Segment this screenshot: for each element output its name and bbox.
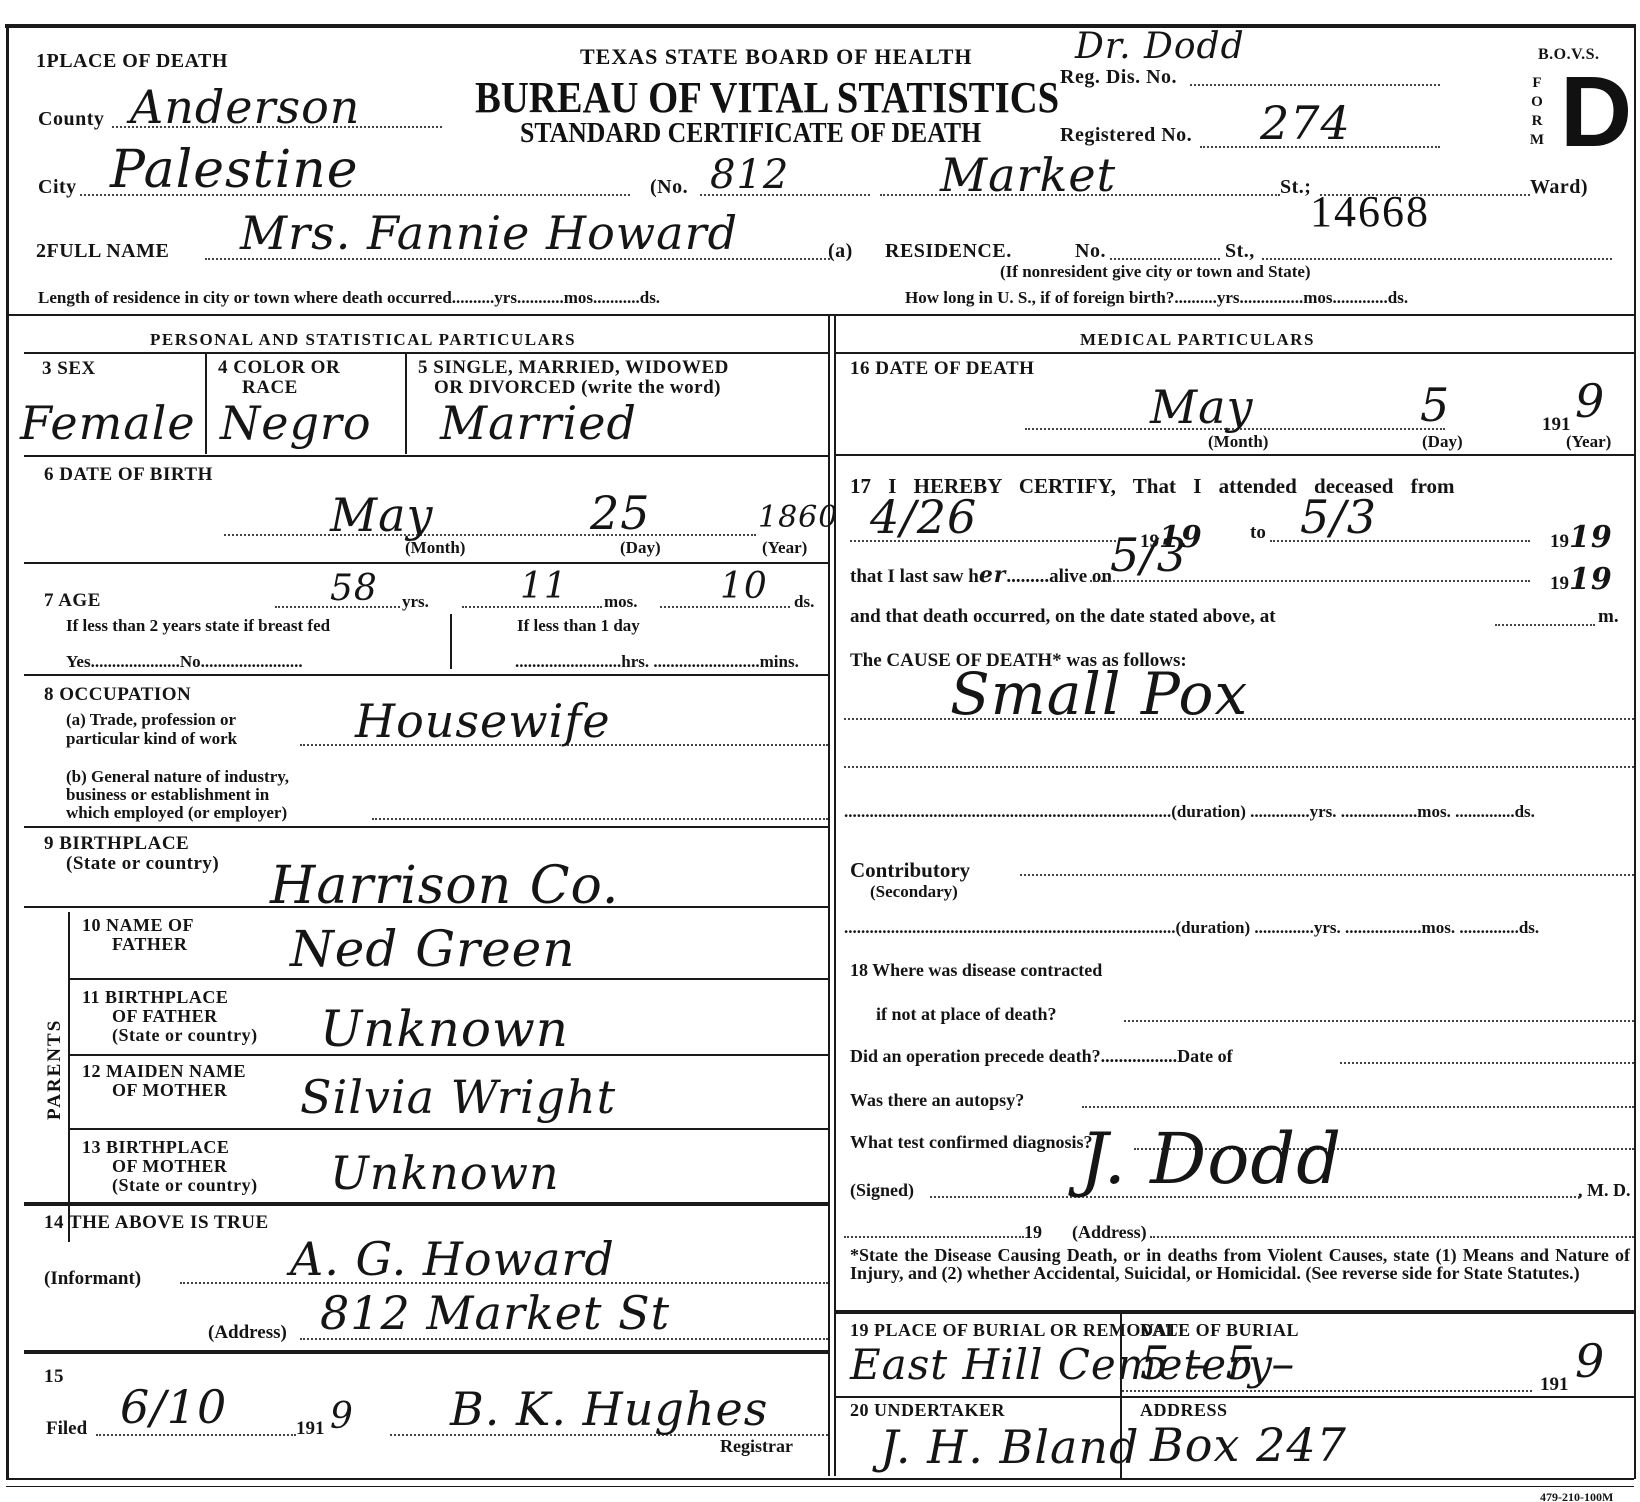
parents-label: PARENTS (44, 1019, 66, 1120)
contracted-label: 18 Where was disease contracted (850, 960, 1102, 981)
agency-name: TEXAS STATE BOARD OF HEALTH (580, 44, 973, 70)
contracted-field[interactable] (1124, 1020, 1634, 1022)
signed-label: (Signed) (850, 1180, 914, 1201)
filed-year-suffix: 9 (330, 1396, 354, 1437)
length-residence-label: Length of residence in city or town wher… (38, 288, 660, 308)
death-time-field[interactable] (1495, 624, 1595, 626)
cause-footnote: *State the Disease Causing Death, or in … (850, 1246, 1630, 1282)
date-of-death-label: 16 DATE OF DEATH (850, 358, 1034, 380)
breast-fed-yes: Yes.....................No..............… (66, 652, 303, 672)
center-divider-2 (834, 316, 836, 1476)
bottom-border (6, 1478, 1634, 1480)
burial-date-field[interactable] (1122, 1390, 1532, 1392)
registered-no-value: 274 (1260, 96, 1351, 150)
dod-day-caption: (Day) (1422, 432, 1463, 452)
informant-label: (Informant) (44, 1268, 141, 1290)
mother-name-label: 12 MAIDEN NAME OF MOTHER (82, 1062, 246, 1100)
signature-year: 19 (1024, 1222, 1042, 1243)
contributory-label: Contributory (850, 858, 970, 883)
burial-year-suffix: 9 (1575, 1334, 1605, 1388)
cause-of-death-value: Small Pox (950, 660, 1248, 728)
undertaker-label: 20 UNDERTAKER (850, 1400, 1005, 1421)
marital-value: Married (440, 396, 637, 450)
father-name-label: 10 NAME OF FATHER (82, 916, 194, 954)
header-divider (6, 314, 1634, 316)
contributory-field[interactable] (1020, 874, 1634, 876)
city-value: Palestine (110, 140, 359, 200)
age-label: 7 AGE (44, 590, 101, 612)
father-name-value: Ned Green (290, 920, 575, 978)
top-border (5, 24, 1635, 28)
dod-month: May (1150, 380, 1254, 434)
form-code: D (1560, 62, 1632, 162)
attended-to: 5/3 (1300, 490, 1377, 544)
cause-duration: ........................................… (844, 802, 1535, 822)
form-vertical-label: F O R M (1528, 74, 1546, 150)
race-value: Negro (220, 396, 372, 450)
residence-no-label: No. (1075, 240, 1106, 263)
street-no-value: 812 (710, 152, 789, 198)
personal-title-line (24, 352, 828, 354)
physician-signature: J. Dodd (1080, 1118, 1342, 1200)
death-certificate: 1PLACE OF DEATH TEXAS STATE BOARD OF HEA… (0, 0, 1640, 1502)
dob-year-caption: (Year) (762, 538, 807, 558)
foreign-birth-label: How long in U. S., if of foreign birth?.… (905, 288, 1408, 308)
occupation-a-value: Housewife (355, 694, 611, 748)
mother-birthplace-value: Unknown (330, 1146, 560, 1200)
age-yrs-label: yrs. (402, 592, 429, 612)
print-code: 479-210-100M (1540, 1490, 1613, 1502)
age-days: 10 (720, 566, 768, 607)
filed-label: Filed (46, 1418, 87, 1440)
informant-value: A. G. Howard (290, 1232, 615, 1286)
signature-address-field[interactable] (1150, 1236, 1634, 1238)
stamp-number: 14668 (1310, 186, 1430, 237)
marital-label: 5 SINGLE, MARRIED, WIDOWED OR DIVORCED (… (418, 358, 729, 398)
informant-address-label: (Address) (208, 1322, 287, 1344)
dob-year: 1860 (758, 500, 838, 535)
bureau-title: BUREAU OF VITAL STATISTICS (475, 72, 1059, 123)
full-name-value: Mrs. Fannie Howard (240, 206, 738, 260)
street-no-label: (No. (650, 176, 688, 199)
residence-label: RESIDENCE. (885, 240, 1012, 263)
full-name-label: 2FULL NAME (36, 240, 169, 263)
contributory-duration: ........................................… (844, 918, 1539, 938)
county-label: County (38, 108, 104, 131)
filed-date-field[interactable] (96, 1434, 296, 1436)
informant-address-value: 812 Market St (320, 1286, 670, 1340)
occupation-b-field[interactable] (372, 818, 828, 820)
less-day-label: If less than 1 day (517, 616, 640, 636)
secondary-label: (Secondary) (870, 882, 958, 902)
autopsy-field[interactable] (1082, 1106, 1634, 1108)
attended-from: 4/26 (870, 490, 977, 544)
burial-date-value: 5 – 5 – (1140, 1336, 1295, 1390)
age-mos-label: mos. (604, 592, 638, 612)
above-is-true-label: 14 THE ABOVE IS TRUE (44, 1212, 269, 1234)
last-saw-year: 1919 (1550, 562, 1613, 597)
registered-no-label: Registered No. (1060, 124, 1192, 147)
filed-year-prefix: 191 (296, 1418, 325, 1440)
right-border (1634, 24, 1636, 1479)
mother-birthplace-label: 13 BIRTHPLACE OF MOTHER (State or countr… (82, 1138, 258, 1195)
occupation-a-label: (a) Trade, profession or particular kind… (66, 710, 237, 748)
race-label: 4 COLOR OR RACE (218, 358, 340, 398)
burial-place-label: 19 PLACE OF BURIAL OR REMOVAL (850, 1320, 1178, 1341)
operation-label: Did an operation precede death?.........… (850, 1046, 1233, 1067)
handwritten-note: Dr. Dodd (1075, 26, 1245, 67)
sex-label: 3 SEX (42, 358, 96, 380)
dob-month: May (330, 488, 434, 542)
signature-address-label: (Address) (1072, 1222, 1147, 1243)
less-day-fields: .........................hrs. ..........… (515, 652, 799, 672)
to-label: to (1250, 522, 1266, 544)
age-ds-label: ds. (794, 592, 814, 612)
age-years: 58 (330, 568, 378, 609)
certificate-title: STANDARD CERTIFICATE OF DEATH (520, 118, 981, 150)
residence-st-label: St., (1225, 240, 1255, 263)
contracted-label-2: if not at place of death? (876, 1004, 1056, 1025)
ward-label: Ward) (1530, 176, 1588, 199)
m-label: m. (1598, 606, 1619, 628)
residence-prefix: (a) (828, 240, 853, 263)
center-divider (828, 316, 830, 1476)
signature-date-field[interactable] (844, 1236, 1024, 1238)
reg-dis-no-field[interactable] (1190, 84, 1440, 86)
attended-to-year: 1919 (1550, 520, 1613, 555)
father-birthplace-label: 11 BIRTHPLACE OF FATHER (State or countr… (82, 988, 258, 1045)
occupation-label: 8 OCCUPATION (44, 684, 191, 706)
birthplace-label: 9 BIRTHPLACE (State or country) (44, 834, 219, 874)
death-occurred-text: and that death occurred, on the date sta… (850, 606, 1276, 628)
sex-value: Female (20, 396, 196, 450)
last-saw-label: that I last saw her.........alive on (850, 562, 1112, 588)
registrar-label: Registrar (720, 1436, 793, 1457)
dod-year-caption: (Year) (1566, 432, 1611, 452)
test-label: What test confirmed diagnosis? (850, 1132, 1093, 1153)
personal-section-title: PERSONAL AND STATISTICAL PARTICULARS (150, 330, 576, 350)
registrar-signature: B. K. Hughes (450, 1382, 768, 1436)
operation-date-field[interactable] (1340, 1062, 1634, 1064)
dob-day-caption: (Day) (620, 538, 661, 558)
breast-fed-label: If less than 2 years state if breast fed (66, 616, 330, 636)
undertaker-address-value: Box 247 (1150, 1418, 1347, 1472)
residence-no-field[interactable] (1110, 258, 1220, 260)
occupation-b-label: (b) General nature of industry, business… (66, 768, 289, 822)
place-of-death-label: 1PLACE OF DEATH (36, 50, 228, 73)
dob-day: 25 (590, 486, 651, 540)
dob-label: 6 DATE OF BIRTH (44, 464, 213, 486)
reg-dis-no-label: Reg. Dis. No. (1060, 66, 1177, 89)
city-label: City (38, 176, 77, 199)
county-value: Anderson (130, 80, 360, 134)
dod-month-caption: (Month) (1208, 432, 1268, 452)
left-border (6, 24, 9, 1479)
dod-day: 5 (1420, 378, 1450, 432)
autopsy-label: Was there an autopsy? (850, 1090, 1024, 1111)
dod-year-suffix: 9 (1575, 374, 1605, 428)
street-label: St.; (1280, 176, 1311, 199)
father-birthplace-value: Unknown (320, 1000, 569, 1058)
last-saw-date: 5/3 (1110, 528, 1187, 582)
filed-number: 15 (44, 1366, 64, 1388)
burial-year-prefix: 191 (1540, 1374, 1569, 1396)
street-name-value: Market (940, 148, 1116, 202)
nonresident-note: (If nonresident give city or town and St… (1000, 262, 1311, 282)
residence-st-field[interactable] (1262, 258, 1612, 260)
md-label: , M. D. (1578, 1180, 1631, 1201)
dob-month-caption: (Month) (405, 538, 465, 558)
medical-section-title: MEDICAL PARTICULARS (1080, 330, 1315, 350)
filed-date: 6/10 (120, 1380, 227, 1434)
undertaker-value: J. H. Bland (880, 1420, 1140, 1474)
age-months: 11 (520, 566, 568, 607)
mother-name-value: Silvia Wright (300, 1070, 616, 1124)
cause-line-2[interactable] (844, 766, 1634, 768)
